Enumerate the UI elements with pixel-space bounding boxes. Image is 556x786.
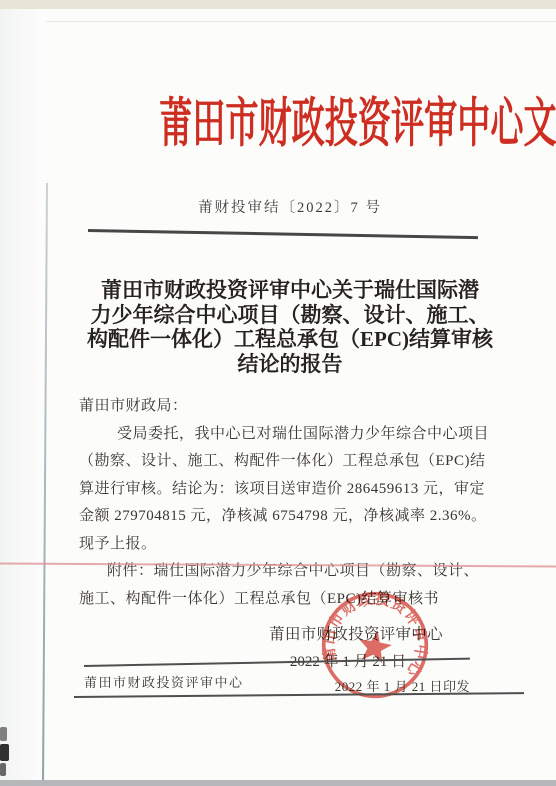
scan-top-strip bbox=[0, 0, 556, 9]
body-line: （勘察、设计、施工、构配件一体化）工程总承包（EPC)结 bbox=[79, 448, 503, 476]
header-separator-rule bbox=[88, 229, 478, 239]
document-title-line: 力少年综合中心项目（勘察、设计、施工、 bbox=[30, 303, 550, 328]
attachment-line: 附件：瑞仕国际潜力少年综合中心项目（勘察、设计、 bbox=[79, 558, 503, 586]
document-title: 莆田市财政投资评审中心关于瑞仕国际潜 力少年综合中心项目（勘察、设计、施工、 构… bbox=[30, 278, 550, 376]
footer: 莆田市财政投资评审中心 2022 年 1 月 21 日印发 bbox=[84, 671, 470, 691]
body-text: 莆田市财政局： 受局委托，我中心已对瑞仕国际潜力少年综合中心项目 （勘察、设计、… bbox=[79, 393, 503, 613]
scanner-artifact bbox=[0, 744, 9, 761]
body-line: 现予上报。 bbox=[79, 531, 503, 559]
document-number: 莆财投审结〔2022〕7 号 bbox=[30, 196, 550, 217]
red-header-title: 莆田市财政投资评审中心文件 bbox=[30, 94, 550, 154]
body-line: 受局委托，我中心已对瑞仕国际潜力少年综合中心项目 bbox=[79, 421, 503, 449]
footer-issuer: 莆田市财政投资评审中心 bbox=[84, 672, 244, 691]
scanned-official-document: 莆田市财政投资评审中心文件 莆财投审结〔2022〕7 号 莆田市财政投资评审中心… bbox=[0, 0, 556, 786]
scanner-artifact bbox=[0, 727, 7, 741]
red-header-title-text: 莆田市财政投资评审中心文件 bbox=[159, 94, 556, 154]
document-title-line: 结论的报告 bbox=[30, 352, 550, 377]
scanner-artifact bbox=[0, 763, 6, 776]
scan-bottom-strip bbox=[0, 780, 556, 786]
body-line: 算进行审核。结论为：该项目送审造价 286459613 元，审定 bbox=[79, 476, 503, 504]
salutation: 莆田市财政局： bbox=[79, 393, 503, 421]
document-title-line: 莆田市财政投资评审中心关于瑞仕国际潜 bbox=[30, 278, 550, 303]
body-line: 金额 279704815 元，净核减 6754798 元，净核减率 2.36%。 bbox=[79, 503, 503, 531]
document-title-line: 构配件一体化）工程总承包（EPC)结算审核 bbox=[30, 327, 550, 352]
page-top-edge bbox=[0, 21, 556, 22]
